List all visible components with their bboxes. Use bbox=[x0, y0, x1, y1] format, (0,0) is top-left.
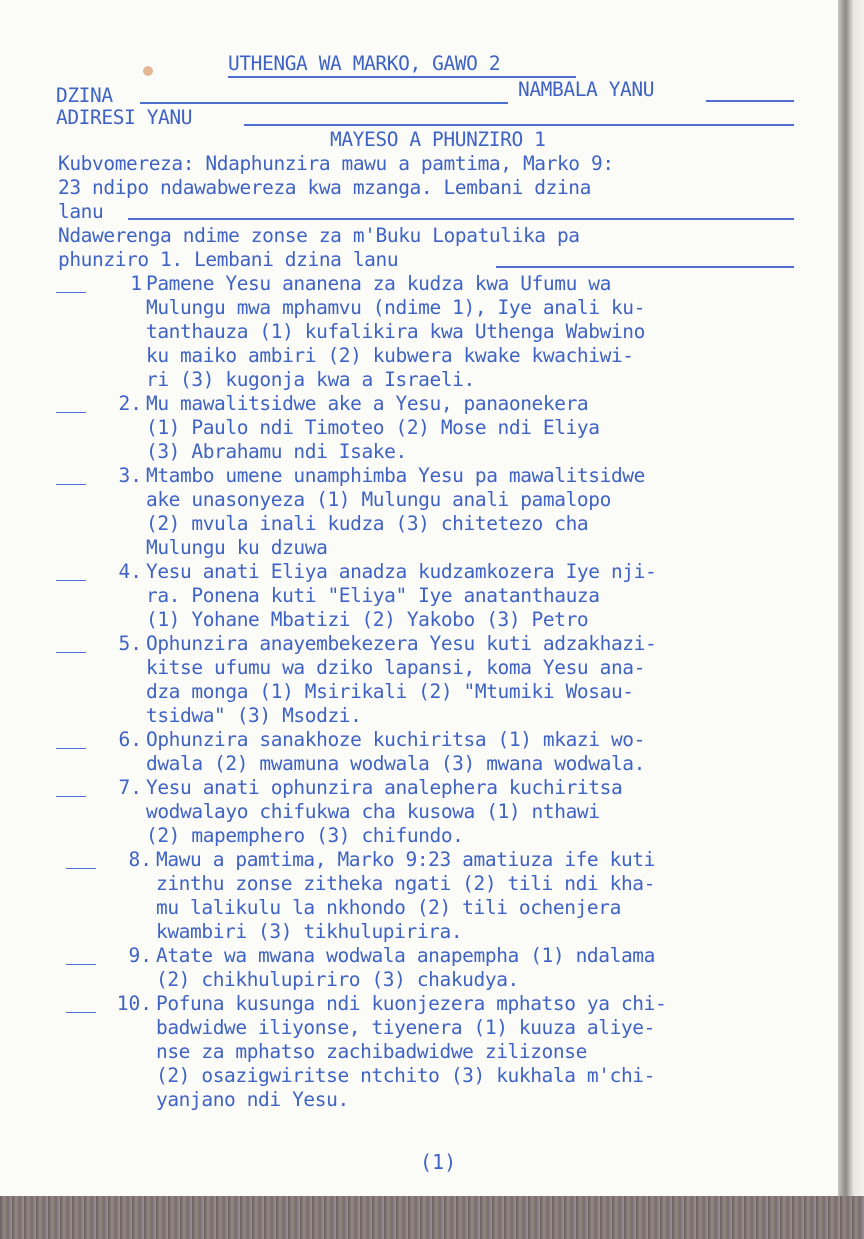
question-line: (2) mapemphero (3) chifundo. bbox=[146, 824, 464, 848]
question-number: 5. bbox=[82, 632, 142, 656]
question-line: tanthauza (1) kufalikira kwa Uthenga Wab… bbox=[146, 320, 645, 344]
question-line: wodwalayo chifukwa cha kusowa (1) nthawi bbox=[146, 800, 600, 824]
question-line: nse za mphatso zachibadwidwe zilizonse bbox=[156, 1040, 587, 1064]
question-number: 4. bbox=[82, 560, 142, 584]
question-line: Atate wa mwana wodwala anapempha (1) nda… bbox=[156, 944, 655, 968]
question-line: yanjano ndi Yesu. bbox=[156, 1088, 349, 1112]
paper-stain bbox=[143, 66, 153, 76]
question-line: ku maiko ambiri (2) kubwera kwake kwachi… bbox=[146, 344, 634, 368]
question-line: Ophunzira sanakhoze kuchiritsa (1) mkazi… bbox=[146, 728, 645, 752]
question-line: (2) chikhulupiriro (3) chakudya. bbox=[156, 968, 519, 992]
instruction-line: lanu bbox=[58, 200, 103, 224]
question-line: Yesu anati ophunzira analephera kuchirit… bbox=[146, 776, 622, 800]
question-line: Yesu anati Eliya anadza kudzamkozera Iye… bbox=[146, 560, 656, 584]
question-line: ake unasonyeza (1) Mulungu anali pamalop… bbox=[146, 488, 611, 512]
question-line: Mulungu ku dzuwa bbox=[146, 536, 327, 560]
question-line: (1) Paulo ndi Timoteo (2) Mose ndi Eliya bbox=[146, 416, 600, 440]
question-number: 3. bbox=[82, 464, 142, 488]
answer-blank[interactable] bbox=[56, 652, 86, 653]
question-line: ri (3) kugonja kwa a Israeli. bbox=[146, 368, 475, 392]
question-number: 10. bbox=[92, 992, 152, 1016]
instruction-line: Ndawerenga ndime zonse za m'Buku Lopatul… bbox=[58, 224, 580, 248]
answer-blank[interactable] bbox=[56, 412, 86, 413]
signature-field-1[interactable] bbox=[128, 218, 794, 220]
question-line: Mtambo umene unamphimba Yesu pa mawalits… bbox=[146, 464, 645, 488]
question-line: dza monga (1) Msirikali (2) "Mtumiki Wos… bbox=[146, 680, 634, 704]
question-line: Ophunzira anayembekezera Yesu kuti adzak… bbox=[146, 632, 656, 656]
document-title: UTHENGA WA MARKO, GAWO 2 bbox=[228, 52, 500, 76]
question-line: (2) osazigwiritse ntchito (3) kukhala m'… bbox=[156, 1064, 655, 1088]
question-line: mu lalikulu la nkhondo (2) tili ochenjer… bbox=[156, 896, 621, 920]
question-line: Pofuna kusunga ndi kuonjezera mphatso ya… bbox=[156, 992, 666, 1016]
answer-blank[interactable] bbox=[56, 580, 86, 581]
question-number: 1 bbox=[82, 272, 142, 296]
page-edge-shadow bbox=[838, 0, 864, 1239]
scan-bottom-strip bbox=[0, 1196, 864, 1239]
answer-blank[interactable] bbox=[66, 868, 96, 869]
instruction-line: 23 ndipo ndawabwereza kwa mzanga. Lemban… bbox=[58, 176, 591, 200]
instruction-line: phunziro 1. Lembani dzina lanu bbox=[58, 248, 398, 272]
answer-blank[interactable] bbox=[56, 796, 86, 797]
question-line: Mawu a pamtima, Marko 9:23 amatiuza ife … bbox=[156, 848, 655, 872]
question-line: ra. Ponena kuti "Eliya" Iye anatanthauza bbox=[146, 584, 600, 608]
question-line: (2) mvula inali kudza (3) chitetezo cha bbox=[146, 512, 588, 536]
name-field[interactable] bbox=[140, 102, 508, 104]
question-number: 6. bbox=[82, 728, 142, 752]
address-field[interactable] bbox=[244, 124, 794, 126]
question-line: Mu mawalitsidwe ake a Yesu, panaonekera bbox=[146, 392, 588, 416]
question-number: 8. bbox=[92, 848, 152, 872]
instruction-line: Kubvomereza: Ndaphunzira mawu a pamtima,… bbox=[58, 152, 614, 176]
question-line: (1) Yohane Mbatizi (2) Yakobo (3) Petro bbox=[146, 608, 588, 632]
question-number: 7. bbox=[82, 776, 142, 800]
question-line: (3) Abrahamu ndi Isake. bbox=[146, 440, 407, 464]
answer-blank[interactable] bbox=[56, 292, 86, 293]
question-line: zinthu zonse zitheka ngati (2) tili ndi … bbox=[156, 872, 655, 896]
name-label: DZINA bbox=[56, 84, 113, 108]
lesson-title: MAYESO A PHUNZIRO 1 bbox=[330, 128, 545, 152]
answer-blank[interactable] bbox=[66, 964, 96, 965]
signature-field-2[interactable] bbox=[496, 266, 794, 268]
question-line: Pamene Yesu ananena za kudza kwa Ufumu w… bbox=[146, 272, 611, 296]
question-number: 2. bbox=[82, 392, 142, 416]
number-field[interactable] bbox=[706, 100, 794, 102]
question-line: kitse ufumu wa dziko lapansi, koma Yesu … bbox=[146, 656, 645, 680]
number-label: NAMBALA YANU bbox=[518, 78, 654, 102]
answer-blank[interactable] bbox=[66, 1012, 96, 1013]
question-line: tsidwa" (3) Msodzi. bbox=[146, 704, 361, 728]
question-number: 9. bbox=[92, 944, 152, 968]
question-line: dwala (2) mwamuna wodwala (3) mwana wodw… bbox=[146, 752, 645, 776]
question-line: Mulungu mwa mphamvu (ndime 1), Iye anali… bbox=[146, 296, 645, 320]
question-line: badwidwe iliyonse, tiyenera (1) kuuza al… bbox=[156, 1016, 655, 1040]
address-label: ADIRESI YANU bbox=[56, 106, 192, 130]
answer-blank[interactable] bbox=[56, 484, 86, 485]
page-number: (1) bbox=[420, 1150, 456, 1174]
question-line: kwambiri (3) tikhulupirira. bbox=[156, 920, 462, 944]
answer-blank[interactable] bbox=[56, 748, 86, 749]
